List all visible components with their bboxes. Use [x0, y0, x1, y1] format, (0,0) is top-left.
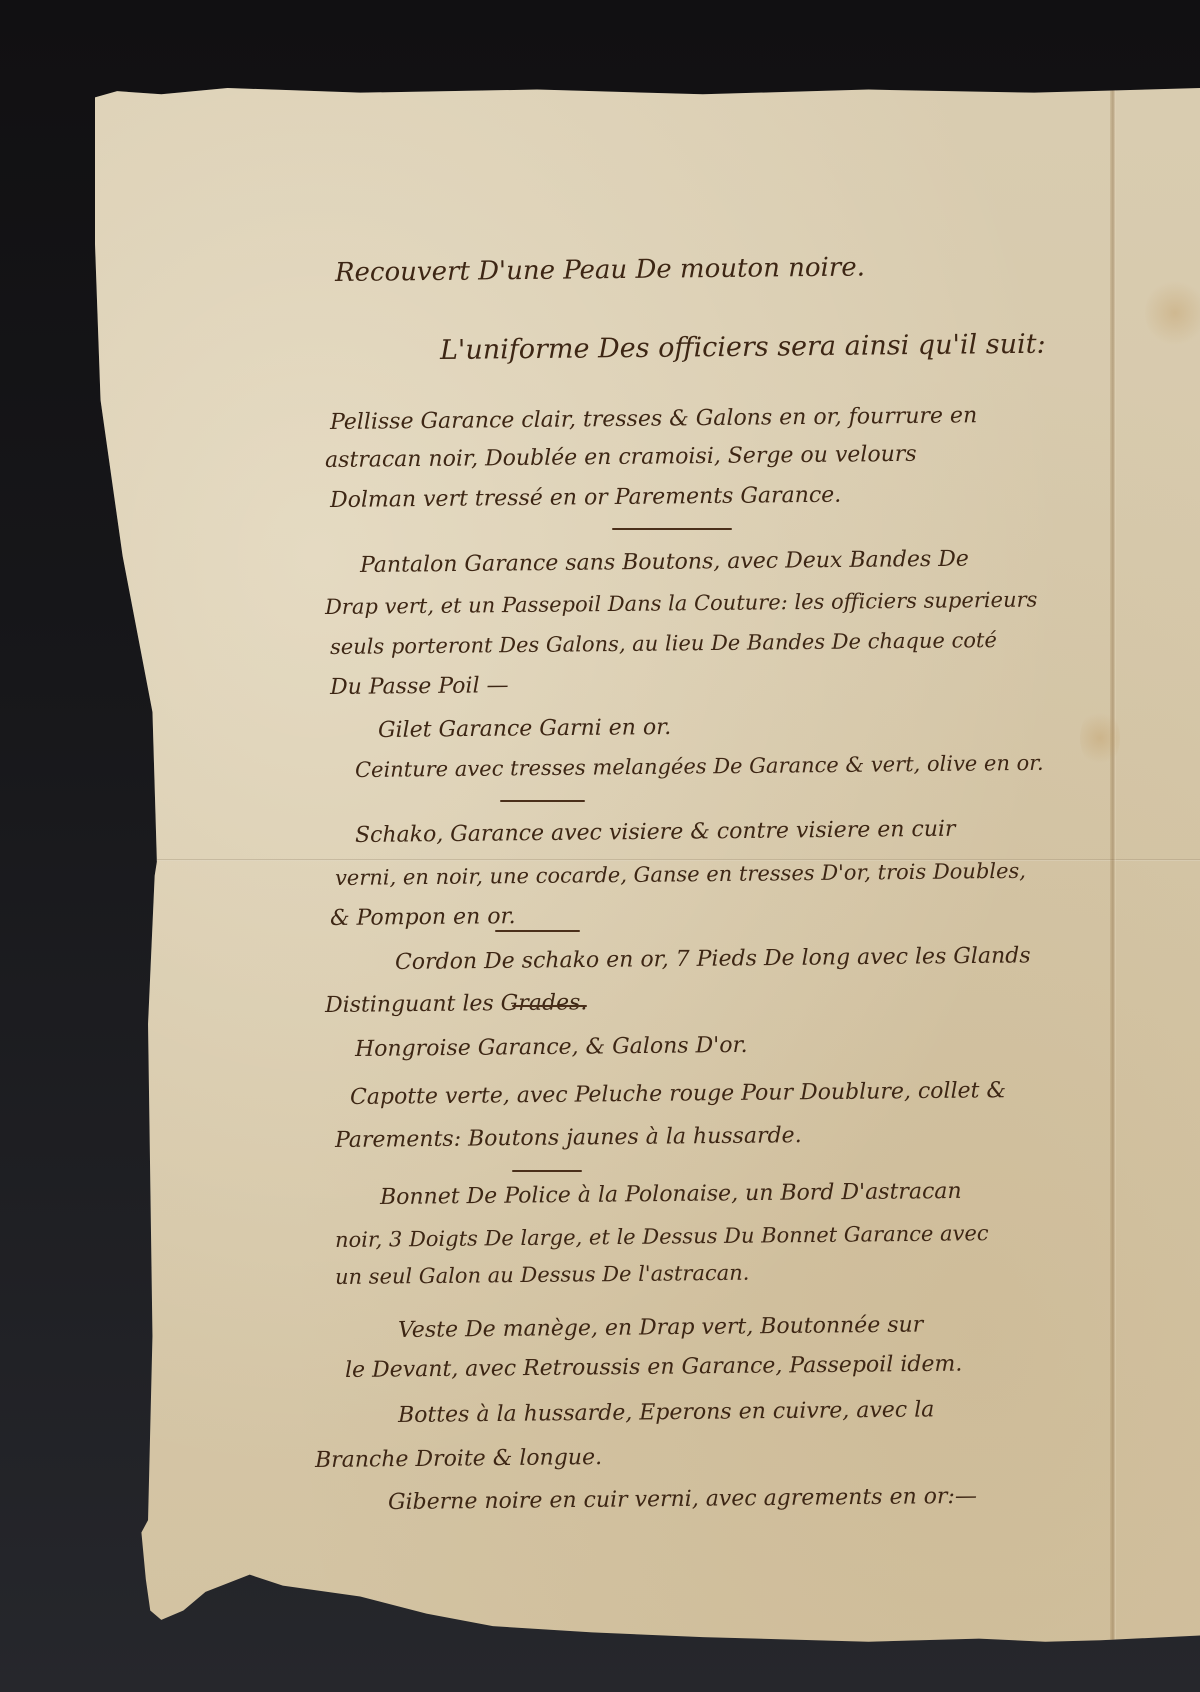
text-line: Capotte verte, avec Peluche rouge Pour D…	[350, 1078, 1006, 1110]
text-line: Giberne noire en cuir verni, avec agreme…	[388, 1484, 977, 1515]
heading-line: Recouvert D'une Peau De mouton noire.	[335, 252, 865, 288]
text-line: Drap vert, et un Passepoil Dans la Coutu…	[325, 588, 1038, 619]
text-line: Gilet Garance Garni en or.	[378, 715, 672, 743]
text-line: le Devant, avec Retroussis en Garance, P…	[345, 1352, 963, 1383]
section-divider	[512, 1005, 587, 1007]
title-line: L'uniforme Des officiers sera ainsi qu'i…	[440, 329, 1046, 366]
text-line: Pantalon Garance sans Boutons, avec Deux…	[360, 547, 969, 578]
section-divider	[495, 930, 580, 932]
text-line: Veste De manège, en Drap vert, Boutonnée…	[398, 1313, 924, 1343]
text-line: Hongroise Garance, & Galons D'or.	[355, 1033, 748, 1062]
text-line: Dolman vert tressé en or Parements Garan…	[330, 483, 841, 513]
text-line: Branche Droite & longue.	[315, 1445, 602, 1473]
text-line: & Pompon en or.	[330, 904, 516, 931]
text-line: noir, 3 Doigts De large, et le Dessus Du…	[335, 1221, 989, 1252]
text-line: verni, en noir, une cocarde, Ganse en tr…	[335, 859, 1026, 890]
section-divider	[512, 1170, 582, 1172]
text-line: Bonnet De Police à la Polonaise, un Bord…	[380, 1179, 962, 1210]
text-line: Cordon De schako en or, 7 Pieds De long …	[395, 943, 1031, 975]
text-line: Ceinture avec tresses melangées De Garan…	[355, 751, 1044, 782]
text-line: Du Passe Poil —	[330, 673, 509, 700]
manuscript-lines: Recouvert D'une Peau De mouton noire. L'…	[0, 0, 1200, 1692]
text-line: Pellisse Garance clair, tresses & Galons…	[330, 403, 977, 435]
section-divider	[612, 528, 732, 530]
text-line: Parements: Boutons jaunes à la hussarde.	[335, 1123, 802, 1153]
section-divider	[500, 800, 585, 802]
text-line: un seul Galon au Dessus De l'astracan.	[335, 1261, 750, 1289]
text-line: Bottes à la hussarde, Eperons en cuivre,…	[398, 1397, 935, 1428]
text-line: seuls porteront Des Galons, au lieu De B…	[330, 628, 997, 659]
text-line: Schako, Garance avec visiere & contre vi…	[355, 817, 956, 848]
text-line: astracan noir, Doublée en cramoisi, Serg…	[325, 442, 917, 473]
